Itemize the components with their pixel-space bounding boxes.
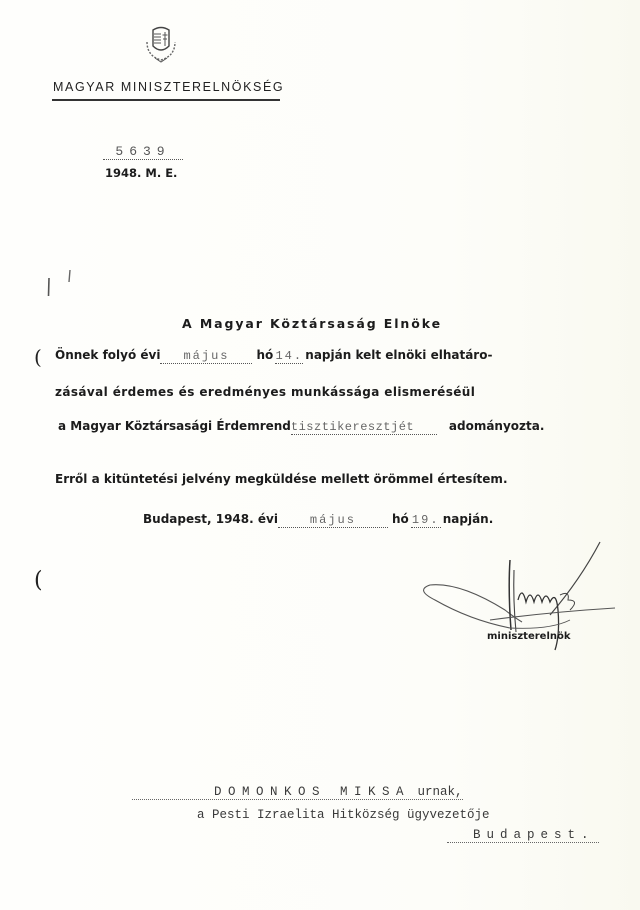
document-page: MAGYAR MINISZTERELNÖKSÉG 5639 1948. M. E… <box>0 0 640 910</box>
text: a Magyar Köztársasági Érdemrend <box>58 419 291 433</box>
text: hó <box>256 348 273 362</box>
filled-day: 19. <box>411 513 441 528</box>
addressee-name: DOMONKOS MIKSA <box>214 785 410 799</box>
body-line-1: Önnek folyó évimájushó14.napján kelt eln… <box>55 348 492 364</box>
body-line-2: zásával érdemes és eredményes munkássága… <box>55 385 475 399</box>
filled-month: május <box>278 513 388 528</box>
text: Önnek folyó évi <box>55 348 160 362</box>
margin-paren: ( <box>34 568 43 593</box>
body-line-4: Erről a kitüntetési jelvény megküldése m… <box>55 472 508 486</box>
margin-paren: ( <box>34 345 42 369</box>
salutation: urnak, <box>418 785 463 799</box>
text: adományozta. <box>449 419 545 433</box>
body-line-5: Budapest, 1948. évimájushó19.napján. <box>143 512 493 528</box>
reference-year: 1948. M. E. <box>105 166 177 180</box>
filled-award: tisztikeresztjét <box>291 420 437 435</box>
addressee-name-line: DOMONKOS MIKSA urnak, <box>132 785 463 800</box>
coat-of-arms-icon <box>139 22 183 66</box>
filled-day: 14. <box>275 349 303 364</box>
text: Budapest, 1948. évi <box>143 512 278 526</box>
organization-name: MAGYAR MINISZTERELNÖKSÉG <box>53 80 284 94</box>
signatory-title: miniszterelnök <box>487 631 571 642</box>
margin-pencil-mark <box>45 268 73 300</box>
addressee-city: Budapest. <box>447 828 599 843</box>
text: napján. <box>443 512 494 526</box>
filled-month: május <box>160 349 252 364</box>
text: hó <box>392 512 409 526</box>
reference-number: 5639 <box>103 144 183 160</box>
document-title: A Magyar Köztársaság Elnöke <box>182 316 442 331</box>
text: napján kelt elnöki elhatáro- <box>305 348 492 362</box>
header-rule <box>52 99 280 101</box>
addressee-position: a Pesti Izraelita Hitközség ügyvezetője <box>197 808 490 822</box>
body-line-3: a Magyar Köztársasági Érdemrendtisztiker… <box>58 419 544 435</box>
